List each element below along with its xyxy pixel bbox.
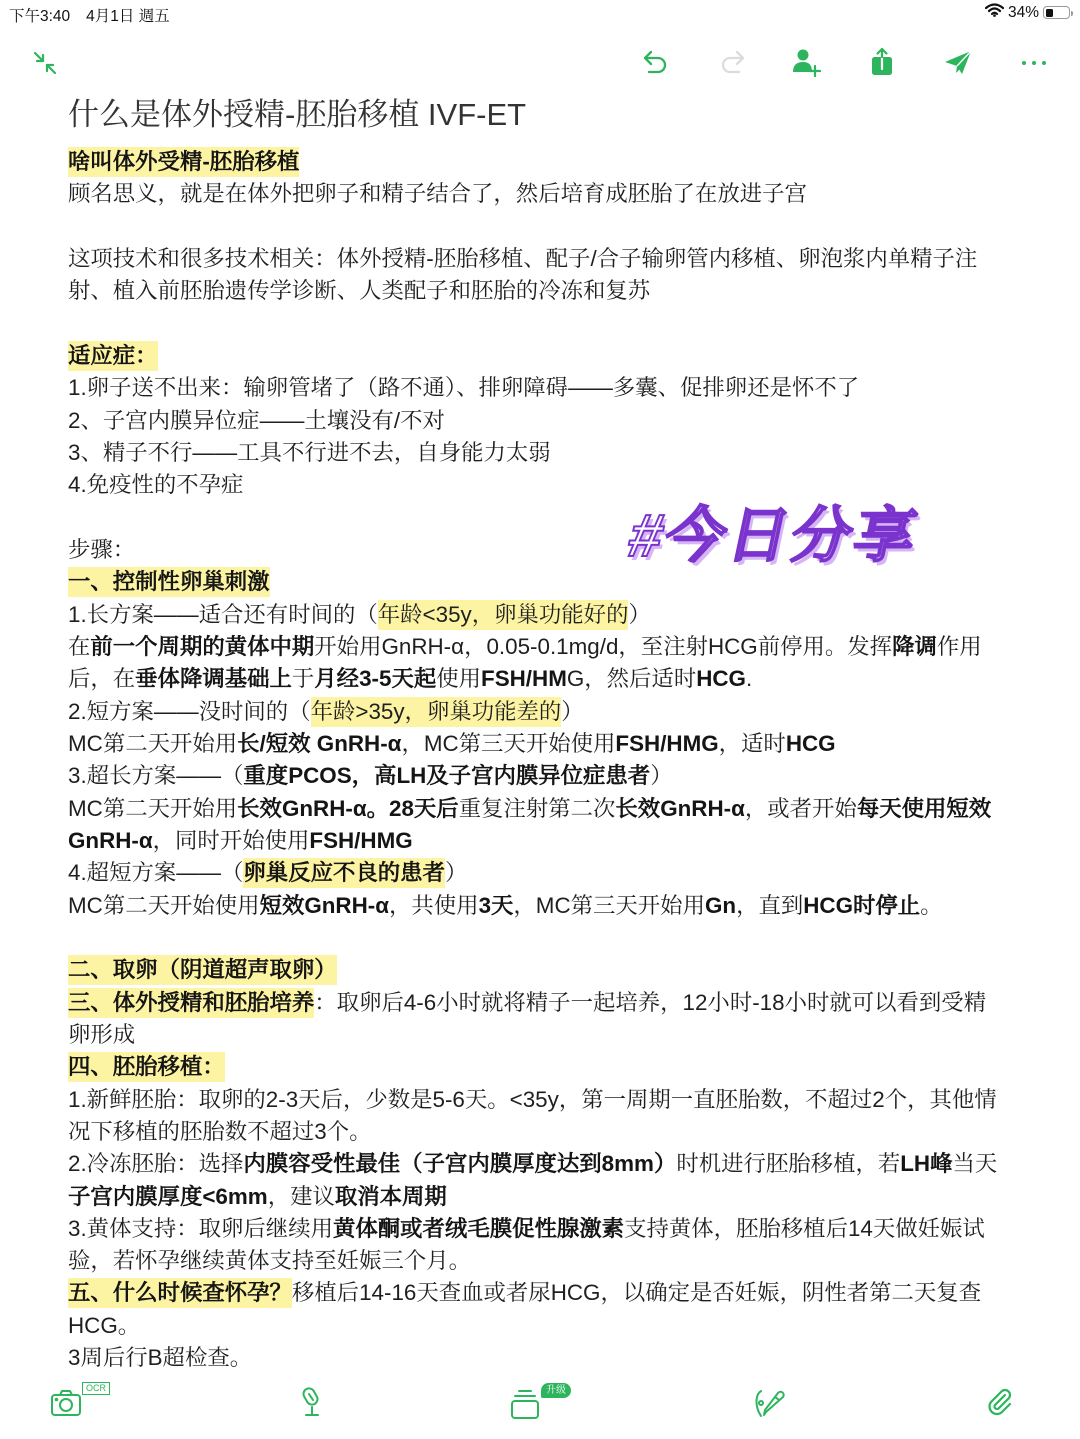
bold-text: 3天 (479, 893, 514, 918)
text-run: 卵形成 (68, 1022, 135, 1047)
bold-text: 降调 (892, 634, 937, 659)
send-icon (943, 48, 973, 78)
text-run: 后，在 (68, 666, 135, 691)
note-line: 验，若怀孕继续黄体支持至妊娠三个月。 (68, 1245, 1013, 1277)
text-run: 况下移植的胚胎数不超过3个。 (68, 1119, 372, 1144)
text-run: 验，若怀孕继续黄体支持至妊娠三个月。 (68, 1248, 471, 1273)
text-run: ：取卵后4-6小时就将精子一起培养，12小时-18小时就可以看到受精 (314, 990, 986, 1015)
text-run: 重复注射第二次 (459, 796, 616, 821)
text-run: MC第二天开始用 (68, 731, 237, 756)
undo-icon (641, 48, 671, 78)
text-run: HCG。 (68, 1313, 140, 1338)
add-collaborator-icon (791, 47, 821, 77)
note-blank-line (68, 922, 1013, 954)
text-run: ，或者开始 (745, 796, 857, 821)
note-line: 后，在垂体降调基础上于月经3-5天起使用FSH/HMG，然后适时HCG. (68, 663, 1013, 695)
note-line: 三、体外授精和胚胎培养：取卵后4-6小时就将精子一起培养，12小时-18小时就可… (68, 987, 1013, 1019)
note-line: 顾名思义，就是在体外把卵子和精子结合了，然后培育成胚胎了在放进子宫 (68, 178, 1013, 210)
note-line: 3周后行B超检查。 (68, 1342, 1013, 1374)
status-date: 4月1日 週五 (86, 8, 170, 25)
note-line: 3、精子不行——工具不行进不去，自身能力太弱 (68, 437, 1013, 469)
bold-text: 长效GnRH-α (615, 796, 744, 821)
bold-text: 垂体降调基础上 (135, 666, 292, 691)
note-line: 二、取卵（阴道超声取卵） (68, 954, 1013, 986)
bold-text: 长/短效 GnRH-α (237, 731, 401, 756)
text-run: . (746, 666, 752, 691)
share-button[interactable] (865, 45, 899, 79)
highlighted-text: 一、控制性卵巢刺激 (68, 567, 270, 597)
bold-text: FSH/HM (481, 666, 567, 691)
note-line: 2.冷冻胚胎：选择内膜容受性最佳（子宫内膜厚度达到8mm）时机进行胚胎移植，若L… (68, 1148, 1013, 1180)
text-run: 1.卵子送不出来：输卵管堵了（路不通）、排卵障碍——多囊、促排卵还是怀不了 (68, 375, 859, 400)
status-bar: 下午3:404月1日 週五 34% (0, 0, 1080, 28)
redo-button[interactable] (715, 46, 749, 80)
battery-nub (1071, 11, 1073, 16)
note-line: 子宫内膜厚度<6mm，建议取消本周期 (68, 1181, 1013, 1213)
bold-text: 长效GnRH-α。28天后 (237, 796, 459, 821)
share-icon (867, 47, 897, 77)
note-line: 4.超短方案——（卵巢反应不良的患者） (68, 857, 1013, 889)
bold-text: 每天使用短效 (857, 796, 991, 821)
text-run: ） (561, 699, 583, 724)
note-line: 2.短方案——没时间的（年龄>35y，卵巢功能差的） (68, 696, 1013, 728)
note-line: MC第二天开始用长效GnRH-α。28天后重复注射第二次长效GnRH-α，或者开… (68, 793, 1013, 825)
text-run: 于 (292, 666, 314, 691)
redo-icon (717, 48, 747, 78)
text-run: 开始用GnRH-α，0.05-0.1mg/d，至注射HCG前停用。发挥 (314, 634, 892, 659)
camera-ocr-button[interactable] (48, 1388, 84, 1422)
undo-button[interactable] (639, 46, 673, 80)
bold-text: 重度PCOS，高LH及子宫内膜异位症患者 (243, 763, 650, 788)
text-run: 4.免疫性的不孕症 (68, 472, 243, 497)
attachment-button[interactable] (982, 1386, 1018, 1422)
text-run: 3.黄体支持：取卵后继续用 (68, 1216, 333, 1241)
send-button[interactable] (941, 46, 975, 80)
bold-text: 子宫内膜厚度<6mm (68, 1184, 268, 1209)
note-line: 四、胚胎移植： (68, 1051, 1013, 1083)
text-run: 这项技术和很多技术相关：体外授精-胚胎移植、配子/合子输卵管内移植、卵泡浆内单精… (68, 246, 977, 271)
text-run: 2.冷冻胚胎：选择 (68, 1151, 243, 1176)
status-time-date: 下午3:404月1日 週五 (9, 4, 170, 26)
bold-text: HCG时停止 (803, 893, 920, 918)
text-run: 当天 (953, 1151, 998, 1176)
text-run: 移植后14-16天查血或者尿HCG，以确定是否妊娠，阴性者第二天复查 (292, 1280, 981, 1305)
note-line: 1.长方案——适合还有时间的（年龄<35y，卵巢功能好的） (68, 599, 1013, 631)
text-run: ，同时开始使用 (153, 828, 310, 853)
note-line: 1.新鲜胚胎：取卵的2-3天后，少数是5-6天。<35y，第一周期一直胚胎数，不… (68, 1084, 1013, 1116)
text-run: ） (650, 763, 672, 788)
battery-percent: 34% (1008, 4, 1039, 22)
card-stack-icon (510, 1388, 540, 1425)
bold-text: 短效GnRH-α (260, 893, 389, 918)
text-run: MC第二天开始用 (68, 796, 237, 821)
note-line: 4.免疫性的不孕症 (68, 469, 1013, 501)
text-run: 3.超长方案——（ (68, 763, 243, 788)
note-line: 2、子宫内膜异位症——土壤没有/不对 (68, 405, 1013, 437)
bold-text: FSH/HMG (615, 731, 718, 756)
bold-text: LH峰 (900, 1151, 952, 1176)
highlighted-text: 年龄<35y，卵巢功能好的 (378, 600, 629, 630)
handwriting-pen-icon (753, 1385, 787, 1424)
status-indicators: 34% (985, 3, 1070, 22)
bold-text: 月经3-5天起 (314, 666, 436, 691)
highlighted-text: 卵巢反应不良的患者 (243, 858, 445, 888)
text-run: 4.超短方案——（ (68, 860, 243, 885)
note-editor[interactable]: 啥叫体外受精-胚胎移植顾名思义，就是在体外把卵子和精子结合了，然后培育成胚胎了在… (68, 146, 1013, 1374)
note-line: 卵形成 (68, 1019, 1013, 1051)
bold-text: 前一个周期的黄体中期 (90, 634, 314, 659)
note-blank-line (68, 308, 1013, 340)
text-run: 2、子宫内膜异位症——土壤没有/不对 (68, 408, 445, 433)
highlighted-text: 四、胚胎移植： (68, 1052, 225, 1082)
text-run: ，适时 (719, 731, 786, 756)
note-line: 1.卵子送不出来：输卵管堵了（路不通）、排卵障碍——多囊、促排卵还是怀不了 (68, 372, 1013, 404)
text-run: ，直到 (736, 893, 803, 918)
note-line: 射、植入前胚胎遗传学诊断、人类配子和胚胎的冷冻和复苏 (68, 275, 1013, 307)
note-title[interactable]: 什么是体外授精-胚胎移植 IVF-ET (68, 96, 526, 134)
text-run: ，共使用 (389, 893, 479, 918)
text-run: G，然后适时 (567, 666, 696, 691)
text-run: ） (445, 860, 467, 885)
battery-icon (1043, 6, 1070, 19)
battery-level (1046, 9, 1053, 17)
bold-text: FSH/HMG (309, 828, 412, 853)
microphone-icon (297, 1386, 325, 1423)
note-blank-line (68, 211, 1013, 243)
text-run: ） (628, 602, 650, 627)
text-run: MC第二天开始使用 (68, 893, 260, 918)
text-run: 作用 (937, 634, 982, 659)
text-run: 。 (920, 893, 942, 918)
bold-text: 取消本周期 (335, 1184, 447, 1209)
bold-text: HCG (696, 666, 746, 691)
more-icon (1019, 48, 1049, 78)
highlighted-text: 三、体外授精和胚胎培养 (68, 988, 314, 1018)
text-run: 1.新鲜胚胎：取卵的2-3天后，少数是5-6天。<35y，第一周期一直胚胎数，不… (68, 1087, 997, 1112)
note-line: 适应症： (68, 340, 1013, 372)
text-run: 3、精子不行——工具不行进不去，自身能力太弱 (68, 440, 551, 465)
collapse-button[interactable] (28, 46, 62, 80)
note-line: GnRH-α，同时开始使用FSH/HMG (68, 825, 1013, 857)
highlighted-text: 适应症： (68, 341, 158, 371)
upgrade-badge[interactable]: 升级 (541, 1383, 571, 1398)
text-run: 在 (68, 634, 90, 659)
note-line: MC第二天开始用长/短效 GnRH-α，MC第三天开始使用FSH/HMG，适时H… (68, 728, 1013, 760)
voice-record-button[interactable] (294, 1386, 328, 1422)
highlighted-text: 二、取卵（阴道超声取卵） (68, 955, 337, 985)
bold-text: 黄体酮或者绒毛膜促性腺激素 (333, 1216, 624, 1241)
text-run: 1.长方案——适合还有时间的（ (68, 602, 378, 627)
note-line: 3.超长方案——（重度PCOS，高LH及子宫内膜异位症患者） (68, 760, 1013, 792)
note-line: 啥叫体外受精-胚胎移植 (68, 146, 1013, 178)
highlighted-text: 年龄>35y，卵巢功能差的 (311, 697, 562, 727)
handwriting-button[interactable] (752, 1386, 788, 1422)
text-run: 支持黄体，胚胎移植后14天做妊娠试 (624, 1216, 985, 1241)
text-run: 2.短方案——没时间的（ (68, 699, 311, 724)
paperclip-icon (984, 1386, 1016, 1423)
note-line: 五、什么时候查怀孕？移植后14-16天查血或者尿HCG，以确定是否妊娠，阴性者第… (68, 1277, 1013, 1309)
note-line: 况下移植的胚胎数不超过3个。 (68, 1116, 1013, 1148)
note-line: HCG。 (68, 1310, 1013, 1342)
text-run: 3周后行B超检查。 (68, 1345, 252, 1370)
bold-text: Gn (705, 893, 736, 918)
highlighted-text: 啥叫体外受精-胚胎移植 (68, 147, 299, 177)
text-run: ，MC第三天开始用 (513, 893, 705, 918)
note-line: MC第二天开始使用短效GnRH-α，共使用3天，MC第三天开始用Gn，直到HCG… (68, 890, 1013, 922)
text-run: 顾名思义，就是在体外把卵子和精子结合了，然后培育成胚胎了在放进子宫 (68, 181, 807, 206)
bold-text: HCG (786, 731, 836, 756)
today-share-sticker: #今日分享 (622, 500, 926, 572)
text-run: 时机进行胚胎移植，若 (676, 1151, 900, 1176)
bold-text: 内膜容受性最佳（子宫内膜厚度达到8mm） (243, 1151, 676, 1176)
text-run: ，MC第三天开始使用 (401, 731, 615, 756)
wifi-icon (985, 3, 1004, 22)
note-line: 在前一个周期的黄体中期开始用GnRH-α，0.05-0.1mg/d，至注射HCG… (68, 631, 1013, 663)
text-run: 步骤： (68, 537, 135, 562)
add-collaborator-button[interactable] (789, 45, 823, 79)
text-run: 射、植入前胚胎遗传学诊断、人类配子和胚胎的冷冻和复苏 (68, 278, 650, 303)
ocr-badge: OCR (82, 1382, 110, 1395)
status-time: 下午3:40 (9, 8, 70, 25)
text-run: 使用 (436, 666, 481, 691)
bold-text: GnRH-α (68, 828, 153, 853)
text-run: ，建议 (268, 1184, 335, 1209)
more-button[interactable] (1017, 46, 1051, 80)
note-line: 3.黄体支持：取卵后继续用黄体酮或者绒毛膜促性腺激素支持黄体，胚胎移植后14天做… (68, 1213, 1013, 1245)
compress-arrows-icon (31, 49, 59, 77)
note-line: 这项技术和很多技术相关：体外授精-胚胎移植、配子/合子输卵管内移植、卵泡浆内单精… (68, 243, 1013, 275)
camera-icon (50, 1389, 82, 1422)
cards-button[interactable] (508, 1388, 542, 1424)
highlighted-text: 五、什么时候查怀孕？ (68, 1278, 292, 1308)
